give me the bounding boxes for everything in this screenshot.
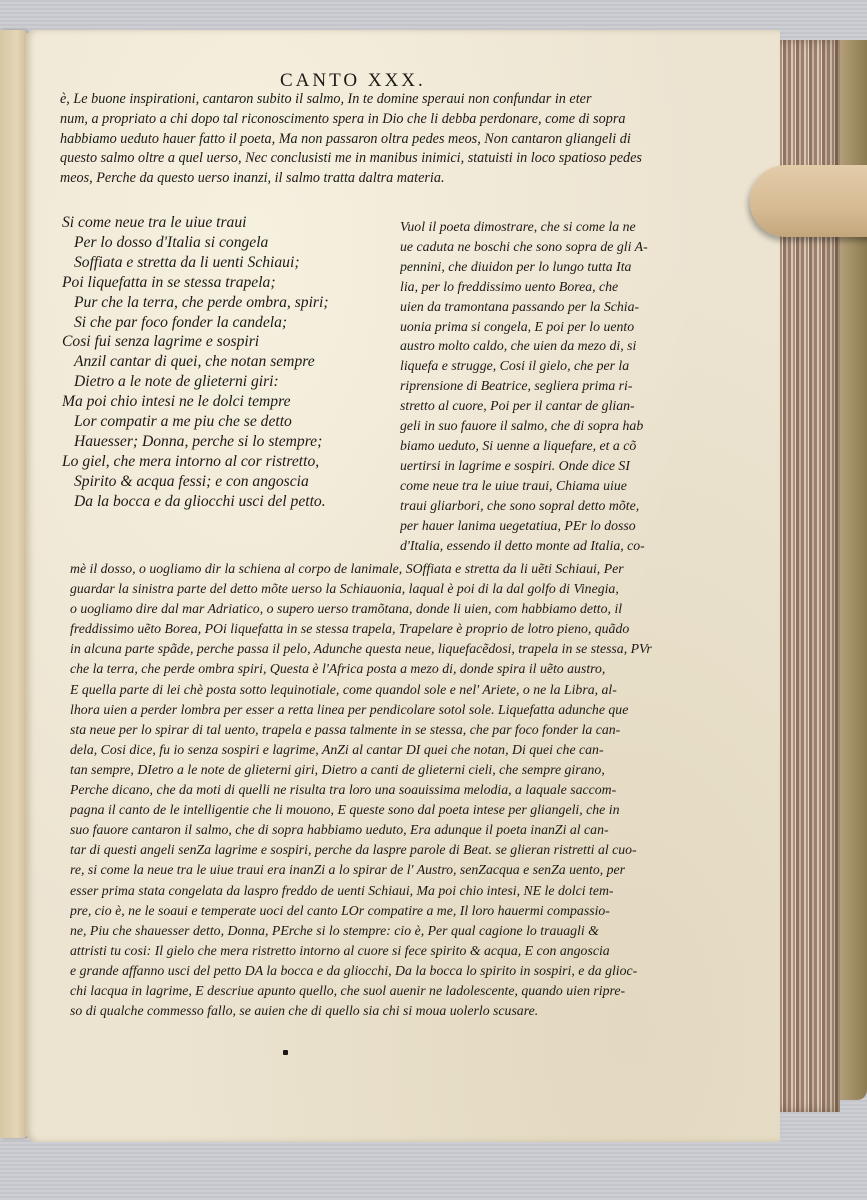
commentary-line: ue caduta ne boschi che sono sopra de gl… (400, 237, 672, 257)
commentary-line: lia, per lo freddissimo uento Borea, che (400, 277, 672, 297)
commentary-line: attristi tu cosi: Il gielo che mera rist… (70, 941, 680, 961)
commentary-line: biamo ueduto, Si uenne a liquefare, et a… (400, 436, 672, 456)
side-commentary: Vuol il poeta dimostrare, che si come la… (400, 217, 672, 555)
commentary-line: pennini, che diuidon per lo lungo tutta … (400, 257, 672, 277)
commentary-line: uien da tramontana passando per la Schia… (400, 297, 672, 317)
verse-line: Cosi fui senza lagrime e sospiri (62, 332, 392, 352)
verse-line: Lo giel, che mera intorno al cor ristret… (62, 452, 392, 472)
commentary-line: uonia prima si congela, E poi per lo uen… (400, 317, 672, 337)
commentary-line: mè il dosso, o uogliamo dir la schiena a… (70, 559, 680, 579)
commentary-line: austro molto caldo, che uien da mezo di,… (400, 336, 672, 356)
verse-line: Da la bocca e da gliocchi usci del petto… (62, 492, 392, 512)
verse-line: Spirito & acqua fessi; e con angoscia (62, 472, 392, 492)
book-scan: CANTO XXX. è, Le buone inspirationi, can… (0, 0, 867, 1200)
commentary-line: lhora uien a perder lombra per esser a r… (70, 700, 680, 720)
commentary-line: in alcuna parte spãde, perche passa il p… (70, 639, 680, 659)
commentary-line: stretto al cuore, Poi per il cantar de g… (400, 396, 672, 416)
commentary-line: suo fauore cantaron il salmo, che di sop… (70, 820, 680, 840)
verse-block: Si come neue tra le uiue traui Per lo do… (62, 213, 392, 512)
commentary-line: liquefa e strugge, Cosi il gielo, che pe… (400, 356, 672, 376)
verse-line: Ma poi chio intesi ne le dolci tempre (62, 392, 392, 412)
intro-line: meos, Perche da questo uerso inanzi, il … (60, 169, 680, 189)
commentary-line: freddissimo uẽto Borea, POi liquefatta i… (70, 619, 680, 639)
commentary-line: sta neue per lo spirar di tal uento, tra… (70, 720, 680, 740)
verse-line: Poi liquefatta in se stessa trapela; (62, 273, 392, 293)
commentary-line: che la terra, che perde ombra spiri, Que… (70, 659, 680, 679)
left-page-edge (0, 30, 28, 1138)
commentary-line: o uogliamo dire dal mar Adriatico, o sup… (70, 599, 680, 619)
commentary-line: dela, Cosi dice, fu io senza sospiri e l… (70, 740, 680, 760)
commentary-line: E quella parte di lei chè posta sotto le… (70, 680, 680, 700)
commentary-line: tar di questi angeli senZa lagrime e sos… (70, 840, 680, 860)
commentary-line: come neue tra le uiue traui, Chiama uiue (400, 476, 672, 496)
verse-line: Soffiata e stretta da li uenti Schiaui; (62, 253, 392, 273)
intro-line: questo salmo oltre a quel uerso, Nec con… (60, 149, 680, 169)
intro-line: habbiamo ueduto hauer fatto il poeta, Ma… (60, 130, 680, 150)
verse-line: Anzil cantar di quei, che notan sempre (62, 352, 392, 372)
wooden-page-holder (750, 165, 867, 237)
signature-mark (283, 1050, 288, 1055)
commentary-line: geli in suo fauore il salmo, che di sopr… (400, 416, 672, 436)
commentary-line: re, si come la neue tra le uiue traui er… (70, 860, 680, 880)
commentary-line: traui gliarbori, che sono sopral detto m… (400, 496, 672, 516)
commentary-line: ne, Piu che shauesser detto, Donna, PErc… (70, 921, 680, 941)
verse-line: Hauesser; Donna, perche si lo stempre; (62, 432, 392, 452)
commentary-line: chi lacqua in lagrime, E descriue apunto… (70, 981, 680, 1001)
verse-line: Pur che la terra, che perde ombra, spiri… (62, 293, 392, 313)
commentary-line: d'Italia, essendo il detto monte ad Ital… (400, 536, 672, 556)
intro-line: è, Le buone inspirationi, cantaron subit… (60, 90, 680, 110)
commentary-line: uertirsi in lagrime e sospiri. Onde dice… (400, 456, 672, 476)
commentary-line: tan sempre, DIetro a le note de glietern… (70, 760, 680, 780)
commentary-line: so di qualche commesso fallo, se auien c… (70, 1001, 680, 1021)
commentary-line: guardar la sinistra parte del detto mõte… (70, 579, 680, 599)
commentary-line: Vuol il poeta dimostrare, che si come la… (400, 217, 672, 237)
commentary-line: riprensione di Beatrice, segliera prima … (400, 376, 672, 396)
verse-line: Si come neue tra le uiue traui (62, 213, 392, 233)
commentary-line: pre, cio è, ne le soaui e temperate uoci… (70, 901, 680, 921)
verse-line: Dietro a le note de glieterni giri: (62, 372, 392, 392)
intro-commentary: è, Le buone inspirationi, cantaron subit… (60, 90, 680, 189)
commentary-line: per hauer lanima uegetatiua, PEr lo doss… (400, 516, 672, 536)
commentary-line: pagna il canto de le intelligentie che l… (70, 800, 680, 820)
commentary-line: esser prima stata congelata da laspro fr… (70, 881, 680, 901)
verse-line: Lor compatir a me piu che se detto (62, 412, 392, 432)
verse-line: Si che par foco fonder la candela; (62, 313, 392, 333)
main-commentary: mè il dosso, o uogliamo dir la schiena a… (70, 559, 680, 1021)
commentary-line: Perche dicano, che da moti di quelli ne … (70, 780, 680, 800)
commentary-line: e grande affanno usci del petto DA la bo… (70, 961, 680, 981)
running-head: CANTO XXX. (280, 70, 426, 92)
intro-line: num, a propriato a chi dopo tal riconosc… (60, 110, 680, 130)
verse-line: Per lo dosso d'Italia si congela (62, 233, 392, 253)
